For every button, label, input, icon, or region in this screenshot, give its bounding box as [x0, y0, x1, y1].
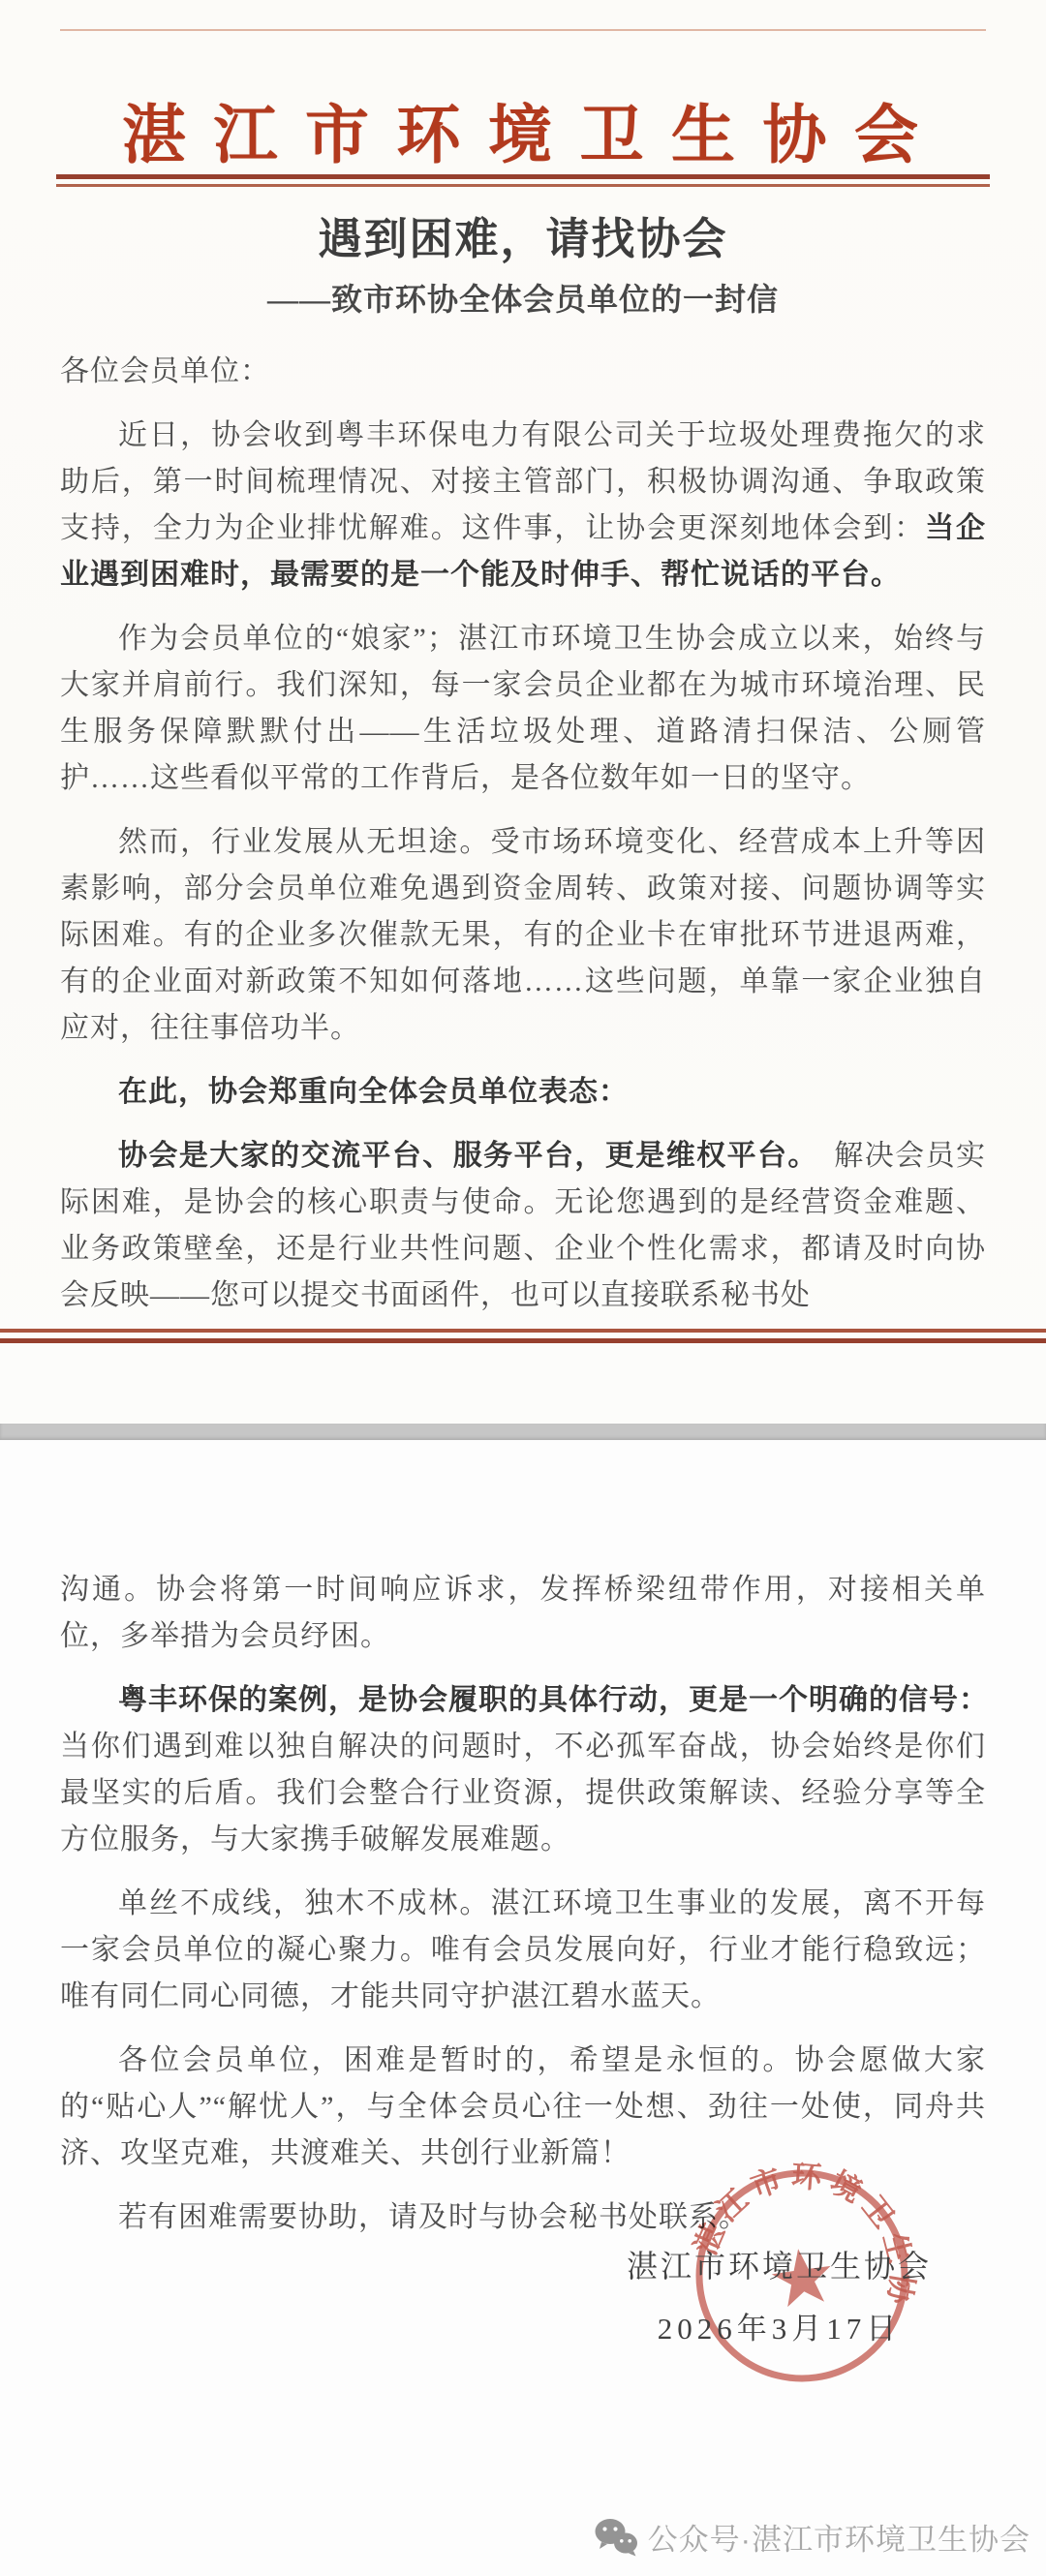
wechat-watermark: 公众号·湛江市环境卫生协会: [594, 2515, 1031, 2559]
paragraph: 沟通。协会将第一时间响应诉求，发挥桥梁纽带作用，对接相关单位，多举措为会员纾困。: [60, 1567, 986, 1660]
page1-body: 各位会员单位：近日，协会收到粤丰环保电力有限公司关于垃圾处理费拖欠的求助后，第一…: [60, 349, 986, 1336]
rule-line-thin: [56, 184, 990, 187]
letter-page-1: 湛 江 市 环 境 卫 生 协 会 遇到困难，请找协会 ——致市环协全体会员单位…: [0, 0, 1046, 1424]
rule-line-thick: [0, 1338, 1046, 1343]
letterhead-top-rule: [60, 29, 986, 31]
paragraph: 在此，协会郑重向全体会员单位表态：: [60, 1069, 986, 1116]
wechat-icon: [594, 2517, 638, 2558]
paragraph: 作为会员单位的“娘家”；湛江市环境卫生协会成立以来，始终与大家并肩前行。我们深知…: [60, 616, 986, 802]
letter-page-2: 沟通。协会将第一时间响应诉求，发挥桥梁纽带作用，对接相关单位，多举措为会员纾困。…: [0, 1440, 1046, 2576]
text-run: 近日，协会收到粤丰环保电力有限公司关于垃圾处理费拖欠的求助后，第一时间梳理情况、…: [60, 419, 986, 544]
paragraph: 近日，协会收到粤丰环保电力有限公司关于垃圾处理费拖欠的求助后，第一时间梳理情况、…: [60, 413, 986, 598]
text-run: 各位会员单位，困难是暂时的，希望是永恒的。协会愿做大家的“贴心人”“解忧人”，与…: [60, 2044, 986, 2169]
rule-line-thick: [56, 174, 990, 179]
text-run: 单丝不成线，独木不成林。湛江环境卫生事业的发展，离不开每一家会员单位的凝心聚力。…: [60, 1887, 986, 2012]
text-run: 粤丰环保的案例，是协会履职的具体行动，更是一个明确的信号：: [118, 1684, 974, 1716]
paragraph: 协会是大家的交流平台、服务平台，更是维权平台。 解决会员实际困难，是协会的核心职…: [60, 1133, 986, 1319]
paragraph: 粤丰环保的案例，是协会履职的具体行动，更是一个明确的信号： 当你们遇到难以独自解…: [60, 1677, 986, 1863]
wechat-account-label: 公众号·湛江市环境卫生协会: [648, 2515, 1031, 2559]
page1-bottom-rule: [0, 1329, 1046, 1343]
letter-subtitle: ——致市环协全体会员单位的一封信: [0, 275, 1046, 320]
letter-title: 遇到困难，请找协会: [0, 203, 1046, 266]
paragraph: 各位会员单位：: [60, 349, 986, 395]
signature-date: 2026年3月17日: [627, 2304, 932, 2347]
paragraph: 单丝不成线，独木不成林。湛江环境卫生事业的发展，离不开每一家会员单位的凝心聚力。…: [60, 1881, 986, 2020]
page-separator: [0, 1424, 1046, 1440]
text-run: 若有困难需要协助，请及时与协会秘书处联系。: [118, 2201, 749, 2233]
signature-org: 湛江市环境卫生协会: [627, 2242, 932, 2286]
letterhead-double-rule: [56, 174, 990, 187]
rule-line-thin: [0, 1329, 1046, 1333]
text-run: 协会是大家的交流平台、服务平台，更是维权平台。: [118, 1140, 804, 1172]
paragraph: 然而，行业发展从无坦途。受市场环境变化、经营成本上升等因素影响，部分会员单位难免…: [60, 819, 986, 1052]
text-run: 沟通。协会将第一时间响应诉求，发挥桥梁纽带作用，对接相关单位，多举措为会员纾困。: [60, 1574, 986, 1652]
text-run: 各位会员单位：: [60, 355, 270, 387]
text-run: 然而，行业发展从无坦途。受市场环境变化、经营成本上升等因素影响，部分会员单位难免…: [60, 826, 986, 1044]
letterhead-org-name: 湛 江 市 环 境 卫 生 协 会: [0, 83, 1046, 175]
text-run: 作为会员单位的“娘家”；湛江市环境卫生协会成立以来，始终与大家并肩前行。我们深知…: [60, 623, 986, 794]
scanned-letter: 湛 江 市 环 境 卫 生 协 会 遇到困难，请找协会 ——致市环协全体会员单位…: [0, 0, 1046, 2576]
signature-block: 湛江市环境卫生协会 2026年3月17日: [627, 2242, 932, 2347]
text-run: 在此，协会郑重向全体会员单位表态：: [118, 1076, 629, 1108]
